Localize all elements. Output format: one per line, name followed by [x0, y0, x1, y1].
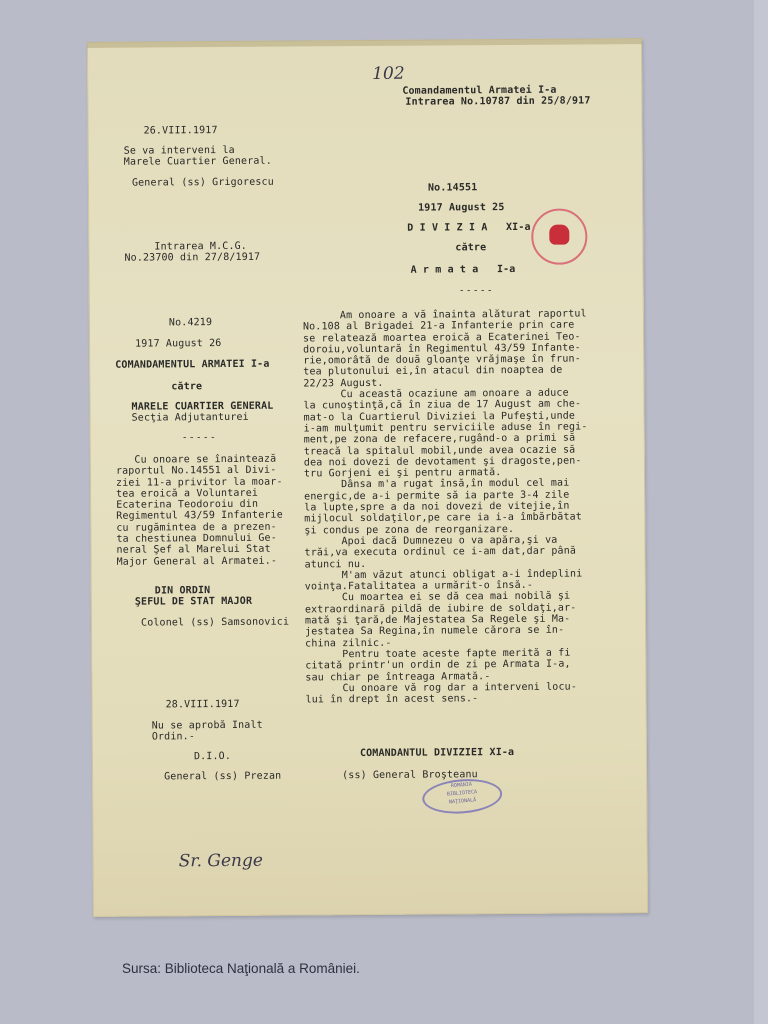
- registry-line2: No.23700 din 27/8/1917: [124, 252, 260, 264]
- page-edge: [754, 0, 768, 1024]
- handwritten-signature: Sr. Genge: [179, 851, 263, 872]
- division-report-body: Am onoare a vă înainta alăturat raportul…: [303, 308, 590, 705]
- division-number: No.14551: [428, 182, 477, 194]
- army-letter-to: către: [171, 381, 202, 393]
- division-name: D I V I Z I A XI-a: [407, 222, 530, 234]
- division-date: 1917 August 25: [418, 202, 504, 214]
- resolution-line2: Marele Cuartier General.: [124, 156, 272, 168]
- folio-number: 102: [372, 64, 405, 84]
- red-crown-stamp: [531, 208, 587, 264]
- separator: -----: [459, 285, 494, 297]
- final-resolution-initials: D.I.O.: [194, 751, 231, 763]
- paper-torn-edge: [87, 38, 642, 48]
- resolution-date: 26.VIII.1917: [144, 125, 218, 137]
- division-recipient: A r m a t a I-a: [411, 264, 516, 276]
- army-letter-separator: -----: [182, 432, 217, 444]
- final-resolution-line2: Ordin.-: [152, 731, 195, 743]
- crown-icon: [549, 225, 569, 245]
- source-caption: Sursa: Biblioteca Naţională a României.: [122, 961, 360, 977]
- order-line1: DIN ORDIN: [155, 585, 211, 597]
- army-letter-recipient1: MARELE CUARTIER GENERAL: [131, 401, 273, 413]
- army-letter-signature: Colonel (ss) Samsonovici: [141, 617, 289, 629]
- army-letter-date: 1917 August 26: [135, 338, 221, 350]
- archival-document: 102 Comandamentul Armatei I-a Intrarea N…: [87, 38, 648, 917]
- final-resolution-signature: General (ss) Prezan: [164, 771, 281, 783]
- army-letter-recipient2: Secţia Adjutanturei: [132, 412, 249, 424]
- resolution-signature: General (ss) Grigorescu: [132, 177, 274, 189]
- army-letter-number: No.4219: [169, 317, 212, 329]
- library-stamp: ROMÂNIA BIBLIOTECA NAŢIONALĂ: [421, 776, 503, 816]
- header-registry-line2: Intrarea No.10787 din 25/8/917: [405, 95, 590, 108]
- army-letter-body: Cu onoare se înaintează raportul No.1455…: [116, 454, 283, 568]
- division-to: către: [455, 242, 486, 254]
- division-commander-title: COMANDANTUL DIVIZIEI XI-a: [360, 747, 514, 759]
- army-letter-sender: COMANDAMENTUL ARMATEI I-a: [115, 359, 269, 371]
- final-resolution-date: 28.VIII.1917: [166, 699, 240, 711]
- order-line2: ŞEFUL DE STAT MAJOR: [135, 596, 252, 608]
- final-resolution-line1: Nu se aprobă Inalt: [152, 720, 263, 732]
